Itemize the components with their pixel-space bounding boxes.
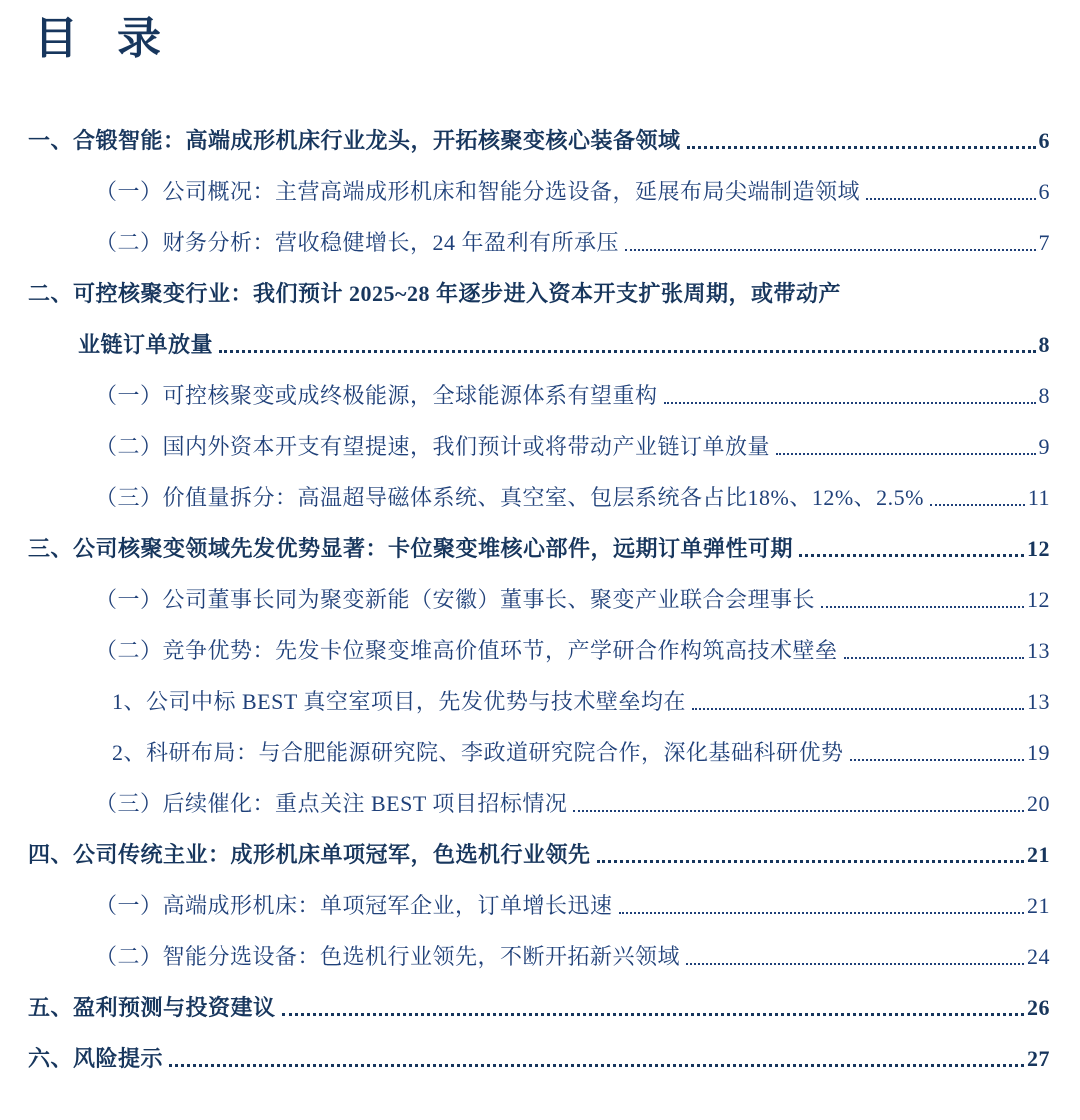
toc-page-number: 26 (1027, 993, 1050, 1023)
toc-entry-2-line2[interactable]: 业链订单放量 8 (28, 330, 1050, 360)
dot-leader (619, 911, 1024, 914)
toc-entry-2-3[interactable]: （三）价值量拆分：高温超导磁体系统、真空室、包层系统各占比18%、12%、2.5… (28, 483, 1050, 513)
toc-entry-text: 业链订单放量 (78, 330, 213, 360)
toc-page-number: 8 (1039, 330, 1051, 360)
toc-entry-1[interactable]: 一、合锻智能：高端成形机床行业龙头，开拓核聚变核心装备领域 6 (28, 126, 1050, 156)
toc-entry-3-3[interactable]: （三）后续催化：重点关注 BEST 项目招标情况 20 (28, 789, 1050, 819)
dot-leader (219, 349, 1035, 353)
dot-leader (573, 809, 1024, 812)
toc-entry-2-2[interactable]: （二）国内外资本开支有望提速，我们预计或将带动产业链订单放量 9 (28, 432, 1050, 462)
toc-entry-6[interactable]: 六、风险提示 27 (28, 1044, 1050, 1074)
toc-page-number: 9 (1039, 432, 1051, 462)
dot-leader (821, 605, 1024, 608)
dot-leader (687, 145, 1036, 149)
toc-entry-text: 一、合锻智能：高端成形机床行业龙头，开拓核聚变核心装备领域 (28, 126, 681, 156)
table-of-contents: 一、合锻智能：高端成形机床行业龙头，开拓核聚变核心装备领域 6 （一）公司概况：… (28, 126, 1050, 1074)
dot-leader (776, 452, 1035, 455)
toc-page-number: 13 (1027, 687, 1050, 717)
toc-entry-text: （三）后续催化：重点关注 BEST 项目招标情况 (95, 789, 567, 819)
toc-entry-3[interactable]: 三、公司核聚变领域先发优势显著：卡位聚变堆核心部件，远期订单弹性可期 12 (28, 534, 1050, 564)
toc-entry-1-2[interactable]: （二）财务分析：营收稳健增长，24 年盈利有所承压 7 (28, 228, 1050, 258)
toc-entry-text: （一）可控核聚变或成终极能源，全球能源体系有望重构 (95, 381, 658, 411)
toc-entry-text: 三、公司核聚变领域先发优势显著：卡位聚变堆核心部件，远期订单弹性可期 (28, 534, 793, 564)
toc-entry-3-2[interactable]: （二）竞争优势：先发卡位聚变堆高价值环节，产学研合作构筑高技术壁垒 13 (28, 636, 1050, 666)
toc-entry-text: （一）高端成形机床：单项冠军企业，订单增长迅速 (95, 891, 613, 921)
dot-leader (169, 1063, 1024, 1067)
toc-entry-4[interactable]: 四、公司传统主业：成形机床单项冠军，色选机行业领先 21 (28, 840, 1050, 870)
dot-leader (686, 962, 1024, 965)
toc-page-number: 13 (1027, 636, 1050, 666)
toc-entry-1-1[interactable]: （一）公司概况：主营高端成形机床和智能分选设备，延展布局尖端制造领域 6 (28, 177, 1050, 207)
toc-page-number: 27 (1027, 1044, 1050, 1074)
toc-page-number: 24 (1027, 942, 1050, 972)
toc-entry-2-1[interactable]: （一）可控核聚变或成终极能源，全球能源体系有望重构 8 (28, 381, 1050, 411)
toc-entry-3-2-1[interactable]: 1、公司中标 BEST 真空室项目，先发优势与技术壁垒均在 13 (28, 687, 1050, 717)
toc-page-number: 8 (1039, 381, 1051, 411)
toc-entry-text: （二）竞争优势：先发卡位聚变堆高价值环节，产学研合作构筑高技术壁垒 (95, 636, 838, 666)
toc-entry-text: 四、公司传统主业：成形机床单项冠军，色选机行业领先 (28, 840, 591, 870)
toc-entry-3-2-2[interactable]: 2、科研布局：与合肥能源研究院、李政道研究院合作，深化基础科研优势 19 (28, 738, 1050, 768)
dot-leader (866, 197, 1035, 200)
toc-page-number: 6 (1039, 126, 1051, 156)
dot-leader (664, 401, 1036, 404)
toc-page-number: 12 (1027, 585, 1050, 615)
dot-leader (844, 656, 1024, 659)
toc-entry-text: （一）公司概况：主营高端成形机床和智能分选设备，延展布局尖端制造领域 (95, 177, 860, 207)
toc-entry-4-2[interactable]: （二）智能分选设备：色选机行业领先，不断开拓新兴领域 24 (28, 942, 1050, 972)
dot-leader (799, 553, 1024, 557)
toc-page: 目 录 一、合锻智能：高端成形机床行业龙头，开拓核聚变核心装备领域 6 （一）公… (0, 0, 1080, 1120)
toc-entry-3-1[interactable]: （一）公司董事长同为聚变新能（安徽）董事长、聚变产业联合会理事长 12 (28, 585, 1050, 615)
toc-entry-2-line1[interactable]: 二、可控核聚变行业：我们预计 2025~28 年逐步进入资本开支扩张周期，或带动… (28, 279, 1050, 309)
dot-leader (597, 859, 1024, 863)
toc-entry-text: （二）财务分析：营收稳健增长，24 年盈利有所承压 (95, 228, 619, 258)
toc-page-number: 12 (1027, 534, 1050, 564)
toc-entry-text: 二、可控核聚变行业：我们预计 2025~28 年逐步进入资本开支扩张周期，或带动… (28, 279, 841, 309)
toc-page-number: 20 (1027, 789, 1050, 819)
page-title: 目 录 (34, 10, 1050, 68)
toc-entry-text: （三）价值量拆分：高温超导磁体系统、真空室、包层系统各占比18%、12%、2.5… (95, 483, 924, 513)
toc-page-number: 21 (1027, 840, 1050, 870)
toc-page-number: 7 (1039, 228, 1051, 258)
toc-entry-text: 2、科研布局：与合肥能源研究院、李政道研究院合作，深化基础科研优势 (112, 738, 844, 768)
toc-entry-text: 六、风险提示 (28, 1044, 163, 1074)
toc-entry-4-1[interactable]: （一）高端成形机床：单项冠军企业，订单增长迅速 21 (28, 891, 1050, 921)
toc-entry-text: 五、盈利预测与投资建议 (28, 993, 276, 1023)
dot-leader (850, 758, 1024, 761)
dot-leader (282, 1012, 1024, 1016)
toc-page-number: 19 (1027, 738, 1050, 768)
toc-entry-text: 1、公司中标 BEST 真空室项目，先发优势与技术壁垒均在 (112, 687, 686, 717)
dot-leader (625, 248, 1035, 251)
dot-leader (692, 707, 1024, 710)
toc-entry-text: （一）公司董事长同为聚变新能（安徽）董事长、聚变产业联合会理事长 (95, 585, 815, 615)
toc-entry-text: （二）智能分选设备：色选机行业领先，不断开拓新兴领域 (95, 942, 680, 972)
dot-leader (930, 503, 1025, 506)
toc-page-number: 6 (1039, 177, 1051, 207)
toc-entry-text: （二）国内外资本开支有望提速，我们预计或将带动产业链订单放量 (95, 432, 770, 462)
toc-page-number: 21 (1027, 891, 1050, 921)
toc-page-number: 11 (1028, 483, 1050, 513)
toc-entry-5[interactable]: 五、盈利预测与投资建议 26 (28, 993, 1050, 1023)
